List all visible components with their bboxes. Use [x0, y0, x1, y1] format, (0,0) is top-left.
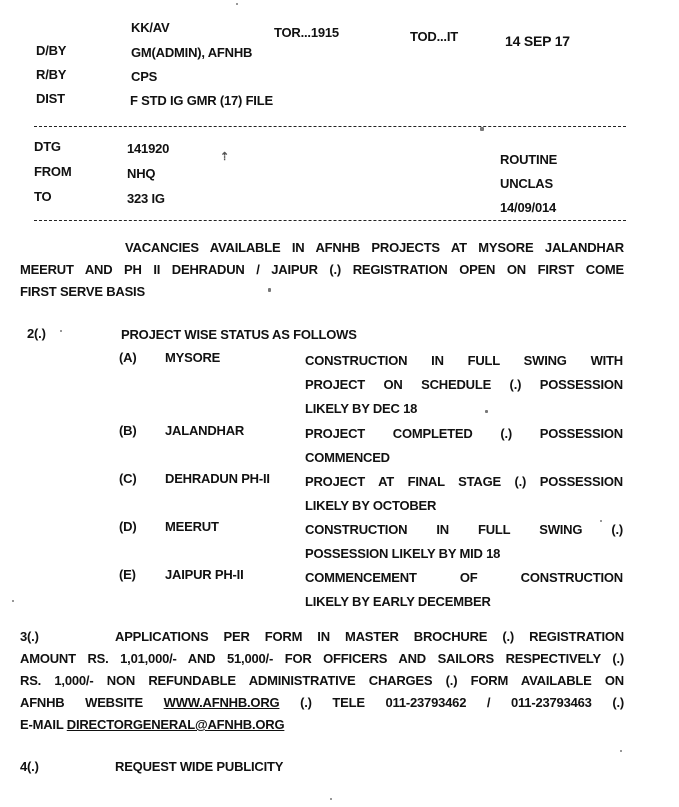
- from-label: FROM: [34, 164, 71, 179]
- reference-number: 14/09/014: [500, 200, 556, 215]
- precedence: ROUTINE: [500, 152, 557, 167]
- para3-line2: AMOUNT RS. 1,01,000/- AND 51,000/- FOR O…: [20, 648, 624, 670]
- dist-label: DIST: [36, 91, 65, 106]
- para3-number: 3(.): [20, 626, 115, 648]
- para1-line2: MEERUT AND PH II DEHRADUN / JAIPUR (.) R…: [20, 259, 624, 281]
- project-status: CONSTRUCTION IN FULL SWING (.)POSSESSION…: [305, 518, 623, 566]
- divider-bottom: [34, 220, 626, 221]
- project-name: MEERUT: [165, 519, 219, 534]
- para2-number: 2(.): [27, 326, 46, 341]
- project-status: COMMENCEMENT OF CONSTRUCTIONLIKELY BY EA…: [305, 566, 623, 614]
- divider-top: [34, 126, 626, 127]
- from-value: NHQ: [127, 166, 155, 181]
- paragraph-3: 3(.)APPLICATIONS PER FORM IN MASTER BROC…: [20, 626, 624, 736]
- project-letter: (D): [119, 519, 136, 534]
- dist-value: F STD IG GMR (17) FILE: [130, 93, 273, 108]
- project-status-line: COMMENCEMENT OF CONSTRUCTION: [305, 566, 623, 590]
- project-status-line: LIKELY BY OCTOBER: [305, 494, 623, 518]
- dby-value: GM(ADMIN), AFNHB: [131, 45, 252, 60]
- para3-line5: E-MAIL DIRECTORGENERAL@AFNHB.ORG: [20, 714, 624, 736]
- paragraph-1: VACANCIES AVAILABLE IN AFNHB PROJECTS AT…: [20, 237, 624, 303]
- to-value: 323 IG: [127, 191, 165, 206]
- dtg-value: 141920: [127, 141, 169, 156]
- project-status: CONSTRUCTION IN FULL SWING WITHPROJECT O…: [305, 349, 623, 421]
- project-name: DEHRADUN PH-II: [165, 471, 270, 486]
- classification: UNCLAS: [500, 176, 553, 191]
- project-status-line: COMMENCED: [305, 446, 623, 470]
- website-link[interactable]: WWW.AFNHB.ORG: [164, 695, 280, 710]
- para4-number: 4(.): [20, 759, 39, 774]
- para1-line3: FIRST SERVE BASIS: [20, 281, 624, 303]
- telephone-text: (.) TELE 011-23793462 / 011-23793463 (.): [300, 695, 624, 710]
- header-date: 14 SEP 17: [505, 33, 570, 49]
- website-label: AFNHB WEBSITE: [20, 695, 143, 710]
- para3-line1: 3(.)APPLICATIONS PER FORM IN MASTER BROC…: [20, 626, 624, 648]
- project-status-line: LIKELY BY EARLY DECEMBER: [305, 590, 623, 614]
- email-label: E-MAIL: [20, 717, 63, 732]
- tod-field: TOD...IT: [410, 29, 458, 44]
- cursor-icon: ⇡: [220, 150, 229, 163]
- email-link[interactable]: DIRECTORGENERAL@AFNHB.ORG: [67, 717, 285, 732]
- project-status-line: CONSTRUCTION IN FULL SWING WITH: [305, 349, 623, 373]
- project-letter: (C): [119, 471, 136, 486]
- project-status: PROJECT AT FINAL STAGE (.) POSSESSIONLIK…: [305, 470, 623, 518]
- para3-line3: RS. 1,000/- NON REFUNDABLE ADMINISTRATIV…: [20, 670, 624, 692]
- para3-line1-text: APPLICATIONS PER FORM IN MASTER BROCHURE…: [115, 629, 624, 644]
- para4-text: REQUEST WIDE PUBLICITY: [115, 759, 283, 774]
- project-name: MYSORE: [165, 350, 220, 365]
- rby-label: R/BY: [36, 67, 66, 82]
- originator: KK/AV: [131, 20, 169, 35]
- project-status-line: POSSESSION LIKELY BY MID 18: [305, 542, 623, 566]
- project-name: JALANDHAR: [165, 423, 244, 438]
- project-letter: (E): [119, 567, 136, 582]
- project-status-line: PROJECT ON SCHEDULE (.) POSSESSION: [305, 373, 623, 397]
- project-status: PROJECT COMPLETED (.) POSSESSIONCOMMENCE…: [305, 422, 623, 470]
- para3-line4: AFNHB WEBSITE WWW.AFNHB.ORG (.) TELE 011…: [20, 692, 624, 714]
- project-status-line: CONSTRUCTION IN FULL SWING (.): [305, 518, 623, 542]
- dtg-label: DTG: [34, 139, 61, 154]
- to-label: TO: [34, 189, 51, 204]
- project-name: JAIPUR PH-II: [165, 567, 244, 582]
- rby-value: CPS: [131, 69, 157, 84]
- para1-line1: VACANCIES AVAILABLE IN AFNHB PROJECTS AT…: [20, 237, 624, 259]
- dby-label: D/BY: [36, 43, 66, 58]
- project-letter: (A): [119, 350, 136, 365]
- project-status-line: PROJECT COMPLETED (.) POSSESSION: [305, 422, 623, 446]
- project-status-line: LIKELY BY DEC 18: [305, 397, 623, 421]
- project-letter: (B): [119, 423, 136, 438]
- para2-heading: PROJECT WISE STATUS AS FOLLOWS: [121, 327, 357, 342]
- tor-field: TOR...1915: [274, 25, 339, 40]
- project-status-line: PROJECT AT FINAL STAGE (.) POSSESSION: [305, 470, 623, 494]
